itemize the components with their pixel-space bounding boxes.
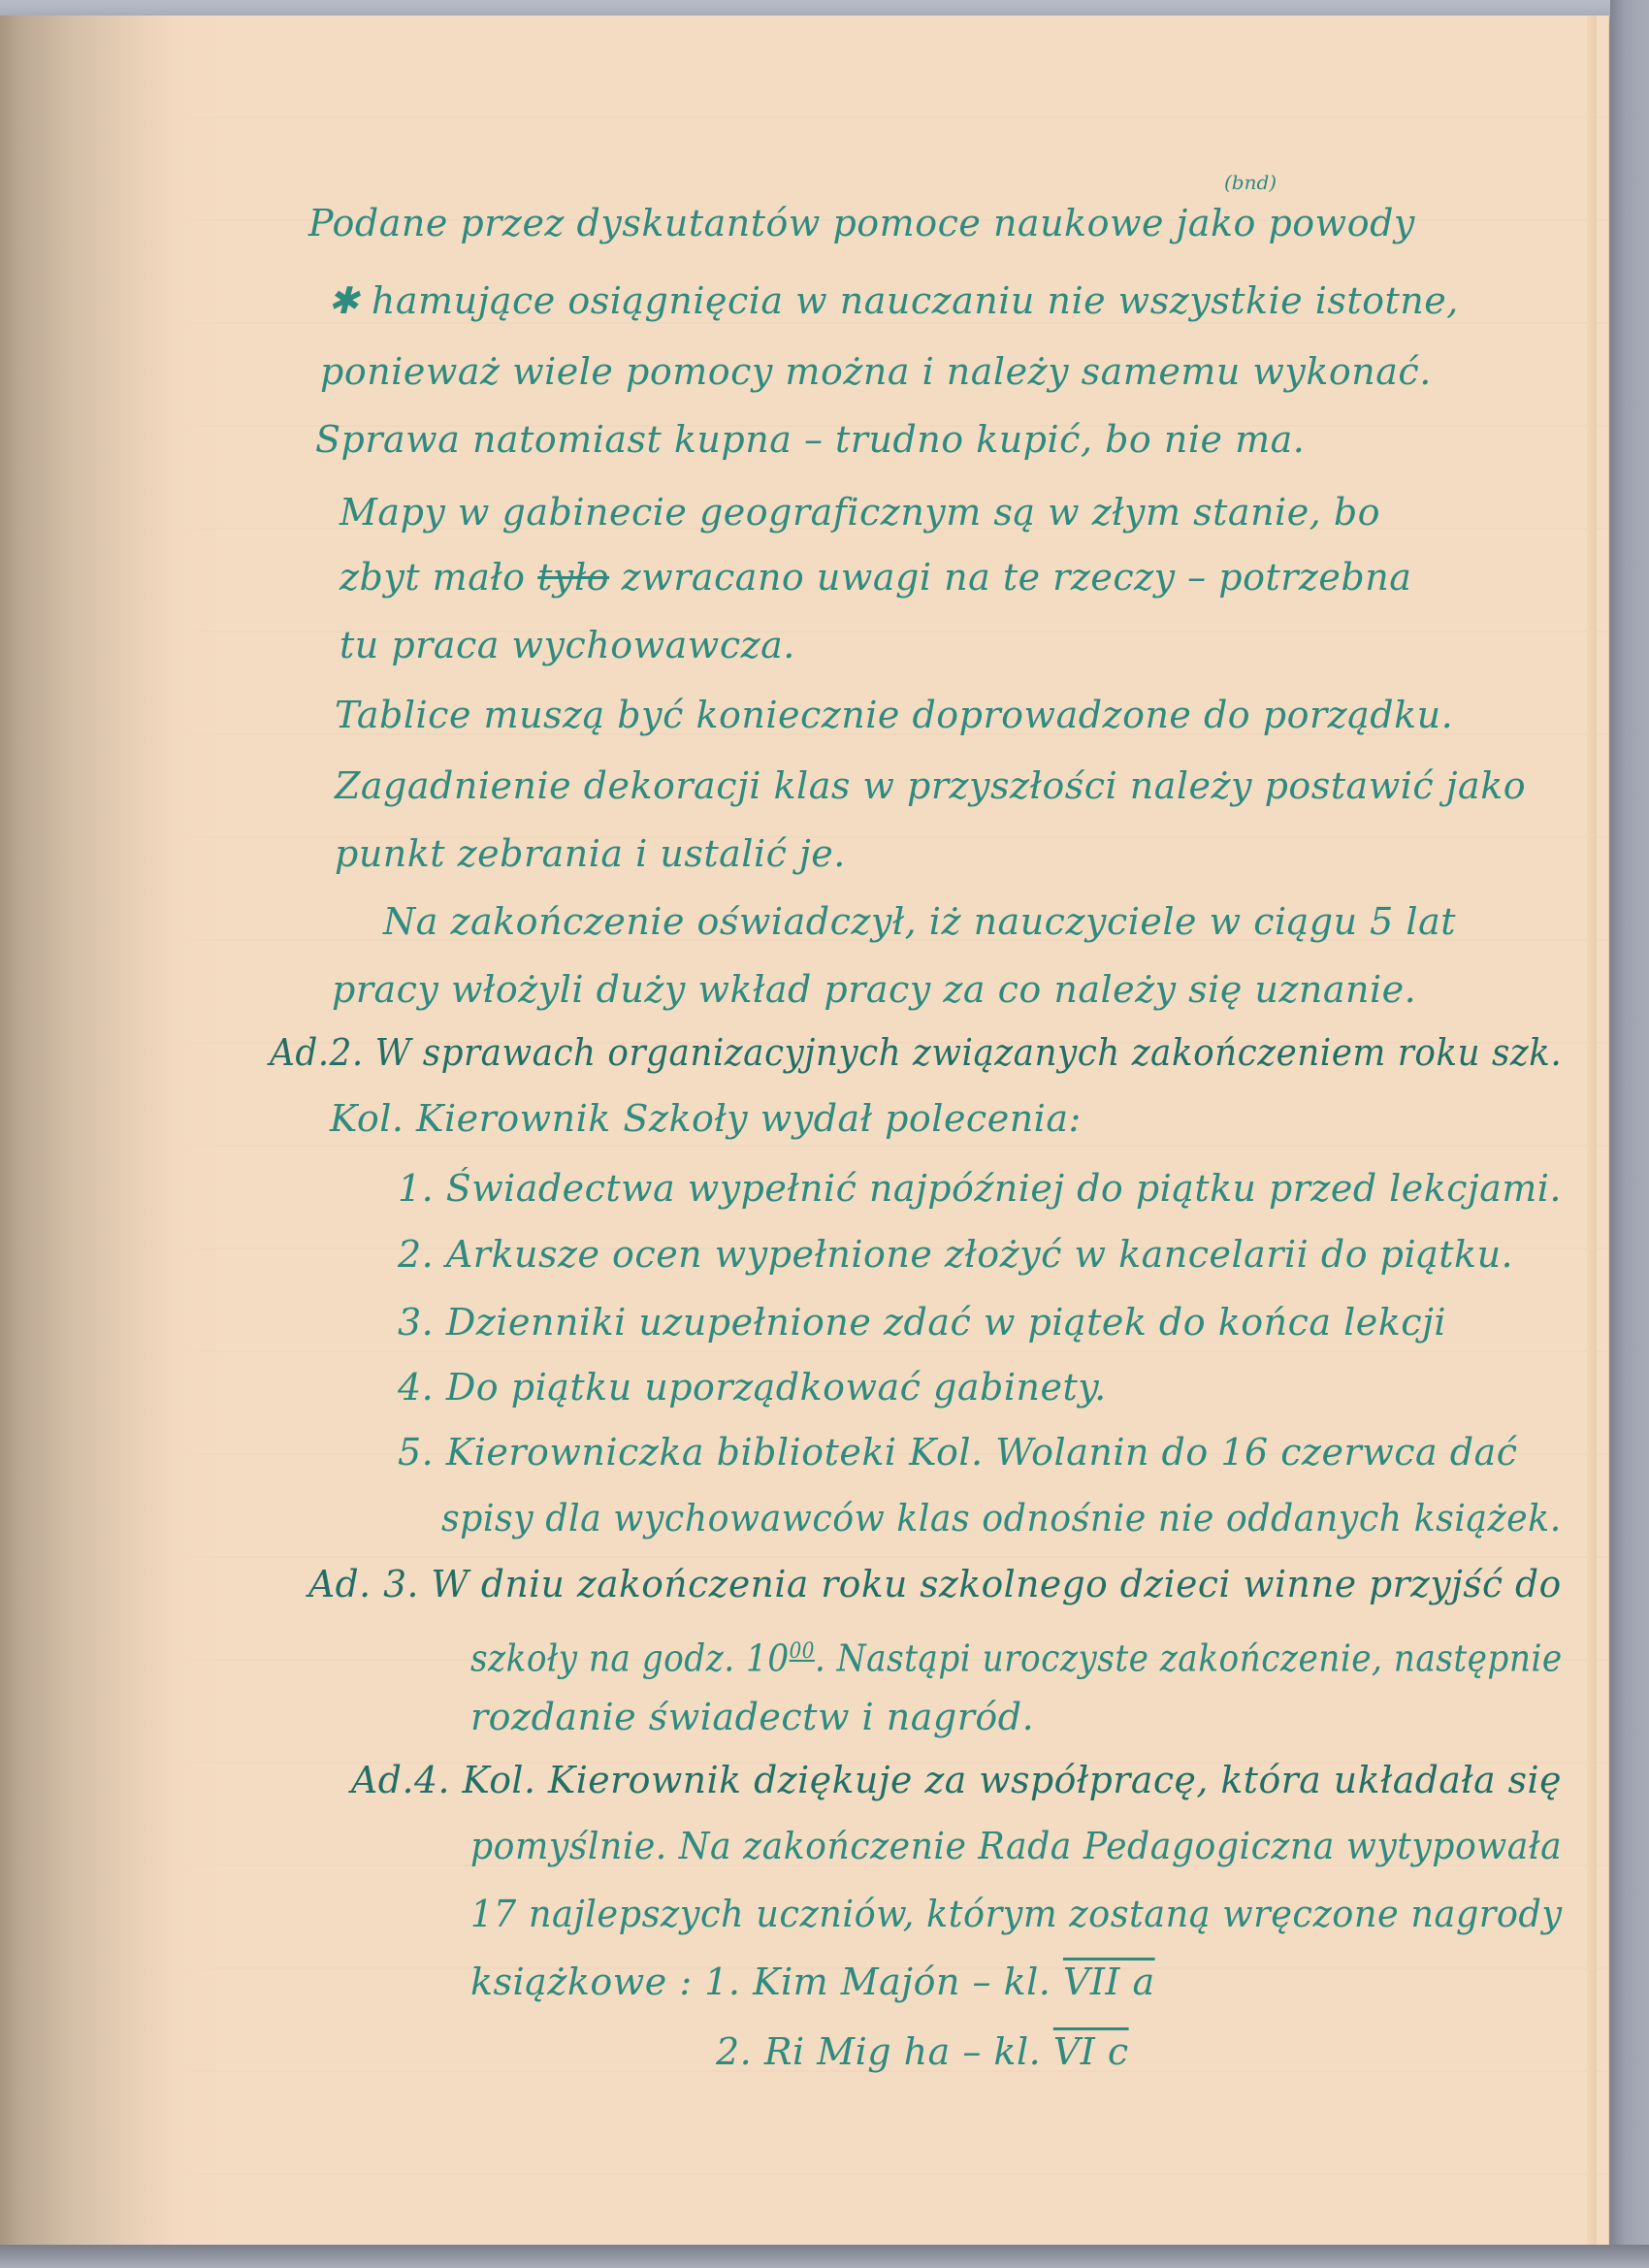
award-list-item: książkowe : 1. Kim Majón – kl. VII a xyxy=(470,1958,1155,2006)
list-item: 2. Arkusze ocen wypełnione złożyć w kanc… xyxy=(398,1230,1513,1279)
agenda-item-heading: Ad.4. Kol. Kierownik dziękuje za współpr… xyxy=(351,1756,1562,1804)
time-superscript: 00 xyxy=(790,1639,815,1664)
text-line: pracy włożyli duży wkład pracy za co nal… xyxy=(332,965,1416,1014)
struck-out-word: tyło xyxy=(537,556,609,599)
text-line: szkoły na godz. 1000. Nastąpi uroczyste … xyxy=(470,1628,1563,1683)
text-segment: zbyt mało xyxy=(339,556,537,599)
page-edge xyxy=(1587,16,1597,2245)
scan-right-border xyxy=(1610,0,1649,2268)
text-line: ponieważ wiele pomocy można i należy sam… xyxy=(320,347,1432,396)
text-segment: 2. Ri Mig ha – kl. xyxy=(716,2030,1053,2073)
list-item: 5. Kierowniczka biblioteki Kol. Wolanin … xyxy=(398,1428,1518,1476)
text-line: 17 najlepszych uczniów, którym zostaną w… xyxy=(470,1890,1563,1938)
text-line: Zagadnienie dekoracji klas w przyszłości… xyxy=(335,761,1526,810)
text-line: rozdanie świadectw i nagród. xyxy=(470,1693,1034,1741)
text-line: Sprawa natomiast kupna – trudno kupić, b… xyxy=(315,415,1305,464)
text-line: ✱ hamujące osiągnięcia w nauczaniu nie w… xyxy=(328,276,1459,325)
text-line: Kol. Kierownik Szkoły wydał polecenia: xyxy=(330,1094,1082,1143)
list-item: 4. Do piątku uporządkować gabinety. xyxy=(398,1363,1107,1411)
class-label: VII a xyxy=(1063,1960,1155,2003)
text-line: zbyt mało tyło zwracano uwagi na te rzec… xyxy=(339,553,1411,601)
text-line: tu praca wychowawcza. xyxy=(339,621,795,669)
agenda-item-heading: Ad.2. W sprawach organizacyjnych związan… xyxy=(270,1028,1562,1077)
text-line: pomyślnie. Na zakończenie Rada Pedagogic… xyxy=(470,1822,1562,1870)
list-item-continuation: spisy dla wychowawców klas odnośnie nie … xyxy=(441,1494,1562,1542)
text-segment: . Nastąpi uroczyste zakończenie, następn… xyxy=(815,1637,1563,1680)
list-item: 3. Dzienniki uzupełnione zdać w piątek d… xyxy=(398,1298,1446,1346)
text-line: Podane przez dyskutantów pomoce naukowe … xyxy=(308,199,1415,247)
text-segment: szkoły na godz. 10 xyxy=(470,1637,790,1680)
agenda-item-heading: Ad. 3. W dniu zakończenia roku szkolnego… xyxy=(308,1560,1562,1608)
class-label: VI c xyxy=(1053,2030,1129,2073)
text-segment: książkowe : 1. Kim Majón – kl. xyxy=(470,1960,1063,2003)
text-line: Na zakończenie oświadczył, iż nauczyciel… xyxy=(383,897,1456,946)
text-segment: zwracano uwagi na te rzeczy – potrzebna xyxy=(609,556,1411,599)
list-item: 1. Świadectwa wypełnić najpóźniej do pią… xyxy=(398,1164,1562,1213)
margin-annotation: (bnd) xyxy=(1224,171,1277,194)
text-line: punkt zebrania i ustalić je. xyxy=(335,829,846,878)
scan-bottom-border xyxy=(0,2245,1649,2268)
text-line: Tablice muszą być koniecznie doprowadzon… xyxy=(335,691,1453,739)
text-line: Mapy w gabinecie geograficznym są w złym… xyxy=(339,488,1380,536)
award-list-item: 2. Ri Mig ha – kl. VI c xyxy=(716,2027,1129,2076)
